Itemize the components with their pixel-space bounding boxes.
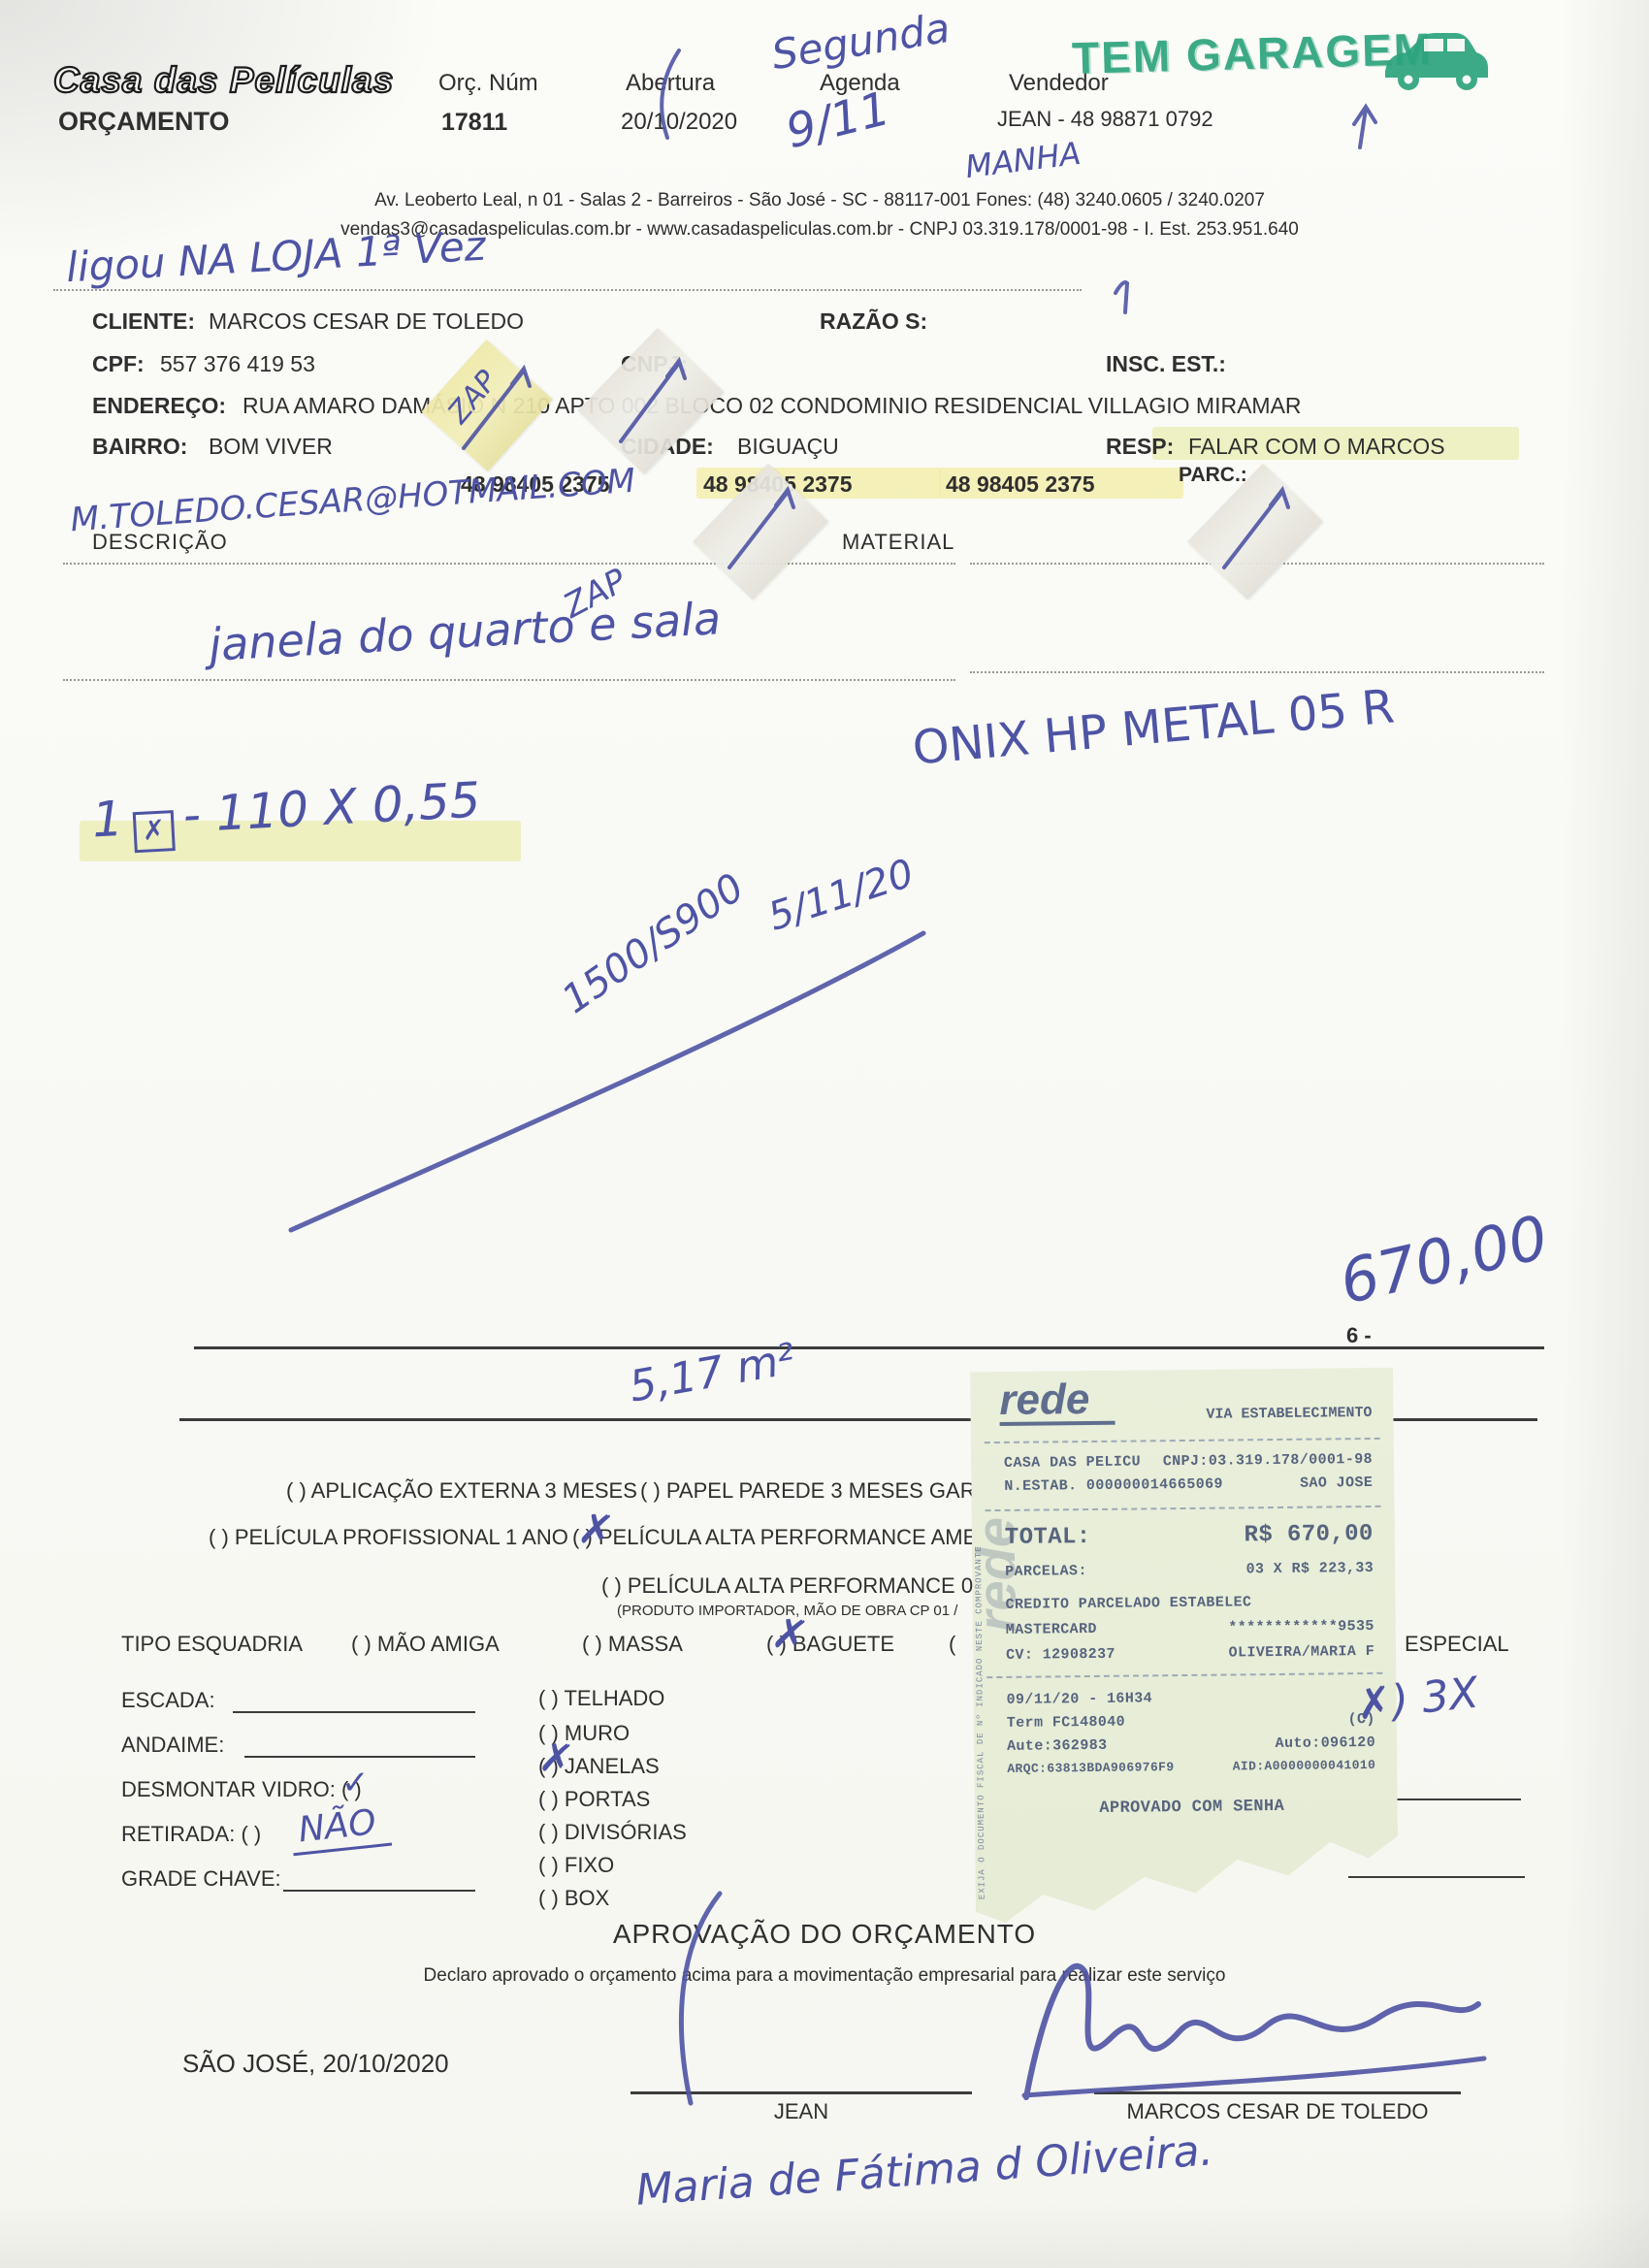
receipt-card-brand: MASTERCARD	[1006, 1621, 1097, 1638]
cidade-value: BIGUAÇU	[737, 434, 839, 460]
retirada-label: RETIRADA: ( )	[121, 1822, 261, 1847]
seller-name: JEAN	[630, 2099, 972, 2124]
receipt-city: SAO JOSE	[1300, 1474, 1373, 1492]
material-header: MATERIAL	[842, 530, 954, 555]
hand-x-janelas: ✗	[536, 1733, 577, 1784]
abertura-value: 20/10/2020	[621, 109, 737, 136]
hand-agenda-period: MANHA	[963, 135, 1083, 185]
hand-measure: - 110 X 0,55	[181, 772, 481, 844]
vendedor-value: JEAN - 48 98871 0792	[997, 107, 1213, 132]
hand-description-item: janela do quarto e sala	[208, 592, 722, 671]
scan-shading-bottom	[0, 2200, 1649, 2268]
hand-desmontar-mark: ✓	[341, 1764, 370, 1802]
endereco-value: RUA AMARO DAMÁSIO N 210 APTO 002 BLOCO 0…	[242, 393, 1302, 419]
option-mao-amiga: ( ) MÃO AMIGA	[351, 1632, 500, 1657]
option-aplicacao-externa: ( ) APLICAÇÃO EXTERNA 3 MESES	[286, 1478, 637, 1504]
approval-declaration: Declaro aprovado o orçamento acima para …	[291, 1965, 1358, 1987]
receipt-logo: rede	[999, 1378, 1115, 1426]
scan-shading-right	[1562, 0, 1649, 2268]
orc-num-label: Orç. Núm	[438, 70, 538, 97]
receipt-arqc: ARQC:63813BDA906976F9	[1007, 1760, 1174, 1776]
city-date: SÃO JOSÉ, 20/10/2020	[182, 2049, 449, 2079]
phone-3: 48 98405 2375	[946, 471, 1095, 498]
receipt-holder: OLIVEIRA/MARIA F	[1229, 1643, 1375, 1662]
cliente-label: CLIENTE:	[92, 308, 195, 335]
card-receipt: EXIJA O DOCUMENTO FISCAL DE Nº INDICADO …	[970, 1368, 1399, 1924]
orc-num-value: 17811	[441, 109, 507, 137]
bairro-label: BAIRRO:	[92, 434, 187, 460]
desmontar-vidro-label: DESMONTAR VIDRO: ( )	[121, 1777, 362, 1802]
hand-qty: 1	[91, 791, 125, 849]
hand-material-item: ONIX HP METAL 05 R	[911, 679, 1397, 775]
receipt-merchant: CASA DAS PELICU	[1004, 1453, 1141, 1471]
hand-date-note: 5/11/20	[763, 851, 920, 939]
cpf-value: 557 376 419 53	[160, 351, 315, 377]
client-signature-line	[1094, 2091, 1461, 2094]
receipt-payment-type: CREDITO PARCELADO ESTABELEC	[1005, 1594, 1251, 1613]
checked-box-icon: ✗	[133, 810, 176, 853]
option-pelicula-profissional: ( ) PELÍCULA PROFISSIONAL 1 ANO	[209, 1525, 568, 1550]
receipt-aid: AID:A0000000041010	[1233, 1758, 1376, 1774]
option-pelicula-alta-americana: ( ) PELÍCULA ALTA PERFORMANCE AMERIC	[572, 1525, 1014, 1550]
total-row-fragment: 6 -	[1346, 1323, 1372, 1348]
receipt-total-label: TOTAL:	[1005, 1524, 1091, 1551]
escada-label: ESCADA:	[121, 1688, 215, 1713]
bairro-value: BOM VIVER	[209, 434, 333, 460]
surface-divisorias: ( ) DIVISÓRIAS	[538, 1820, 687, 1845]
receipt-terminal: Term FC148040	[1007, 1714, 1125, 1732]
insc-est-label: INSC. EST.:	[1106, 351, 1226, 377]
receipt-cnpj: CNPJ:03.319.178/0001-98	[1163, 1451, 1373, 1470]
surface-fixo: ( ) FIXO	[538, 1853, 614, 1878]
surface-box: ( ) BOX	[538, 1886, 609, 1911]
surface-portas: ( ) PORTAS	[538, 1787, 650, 1812]
hand-total-value: 670,00	[1334, 1202, 1555, 1318]
hand-x-alta-performance: ✗	[575, 1504, 618, 1558]
receipt-parcelas-label: PARCELAS:	[1005, 1563, 1087, 1580]
andaime-label: ANDAIME:	[121, 1733, 224, 1758]
option-papel-parede: ( ) PAPEL PAREDE 3 MESES GARANT	[640, 1478, 1018, 1504]
resp-label: RESP:	[1106, 434, 1174, 460]
endereco-label: ENDEREÇO:	[92, 393, 226, 419]
receipt-cv: CV: 12908237	[1006, 1646, 1115, 1664]
surface-telhado: ( ) TELHADO	[538, 1686, 664, 1711]
option-especial: ESPECIAL	[1405, 1632, 1509, 1657]
receipt-total-value: R$ 670,00	[1244, 1521, 1374, 1548]
receipt-auto: Auto:096120	[1276, 1734, 1376, 1752]
hand-agenda-day: Segunda	[768, 4, 953, 79]
hand-email: M.TOLEDO.CESAR@HOTMAIL.COM	[69, 462, 636, 540]
scanned-budget-document: Casa das Películas ORÇAMENTO Orç. Núm 17…	[0, 0, 1649, 2268]
hand-film-code: 1500/S900	[554, 865, 752, 1022]
option-paren-fragment: (	[949, 1632, 955, 1657]
cpf-label: CPF:	[92, 351, 145, 377]
receipt-card-number: ************9535	[1228, 1618, 1374, 1636]
receipt-datetime: 09/11/20 - 16H34	[1006, 1690, 1152, 1708]
doc-type: ORÇAMENTO	[58, 107, 230, 137]
razao-label: RAZÃO S:	[820, 308, 927, 335]
receipt-approved: APROVADO COM SENHA	[1099, 1798, 1284, 1818]
grade-chave-label: GRADE CHAVE:	[121, 1866, 281, 1892]
hand-retirada-nao: NÃO	[289, 1801, 392, 1856]
resp-value: FALAR COM O MARCOS	[1188, 434, 1445, 460]
car-icon	[1377, 25, 1494, 99]
cliente-value: MARCOS CESAR DE TOLEDO	[209, 308, 524, 335]
receipt-via: VIA ESTABELECIMENTO	[1206, 1405, 1372, 1423]
tipo-esquadria-label: TIPO ESQUADRIA	[121, 1632, 303, 1657]
approval-title: APROVAÇÃO DO ORÇAMENTO	[291, 1919, 1358, 1950]
address-line-1: Av. Leoberto Leal, n 01 - Salas 2 - Barr…	[175, 190, 1465, 211]
option-pelicula-alta-05: ( ) PELÍCULA ALTA PERFORMANCE 05 AN	[601, 1573, 1019, 1599]
parc-label: PARC.:	[1179, 464, 1247, 487]
abertura-label: Abertura	[626, 70, 715, 97]
receipt-parcelas-value: 03 X R$ 223,33	[1245, 1560, 1374, 1577]
company-logo: Casa das Películas	[53, 60, 394, 101]
receipt-aute: Aute:362983	[1007, 1737, 1108, 1755]
seller-signature-line	[630, 2091, 972, 2094]
hand-agenda-date: 9/11	[781, 81, 895, 159]
option-massa: ( ) MASSA	[582, 1632, 683, 1657]
client-name: MARCOS CESAR DE TOLEDO	[1094, 2099, 1461, 2124]
receipt-estab: N.ESTAB. 000000014665069	[1004, 1476, 1223, 1495]
